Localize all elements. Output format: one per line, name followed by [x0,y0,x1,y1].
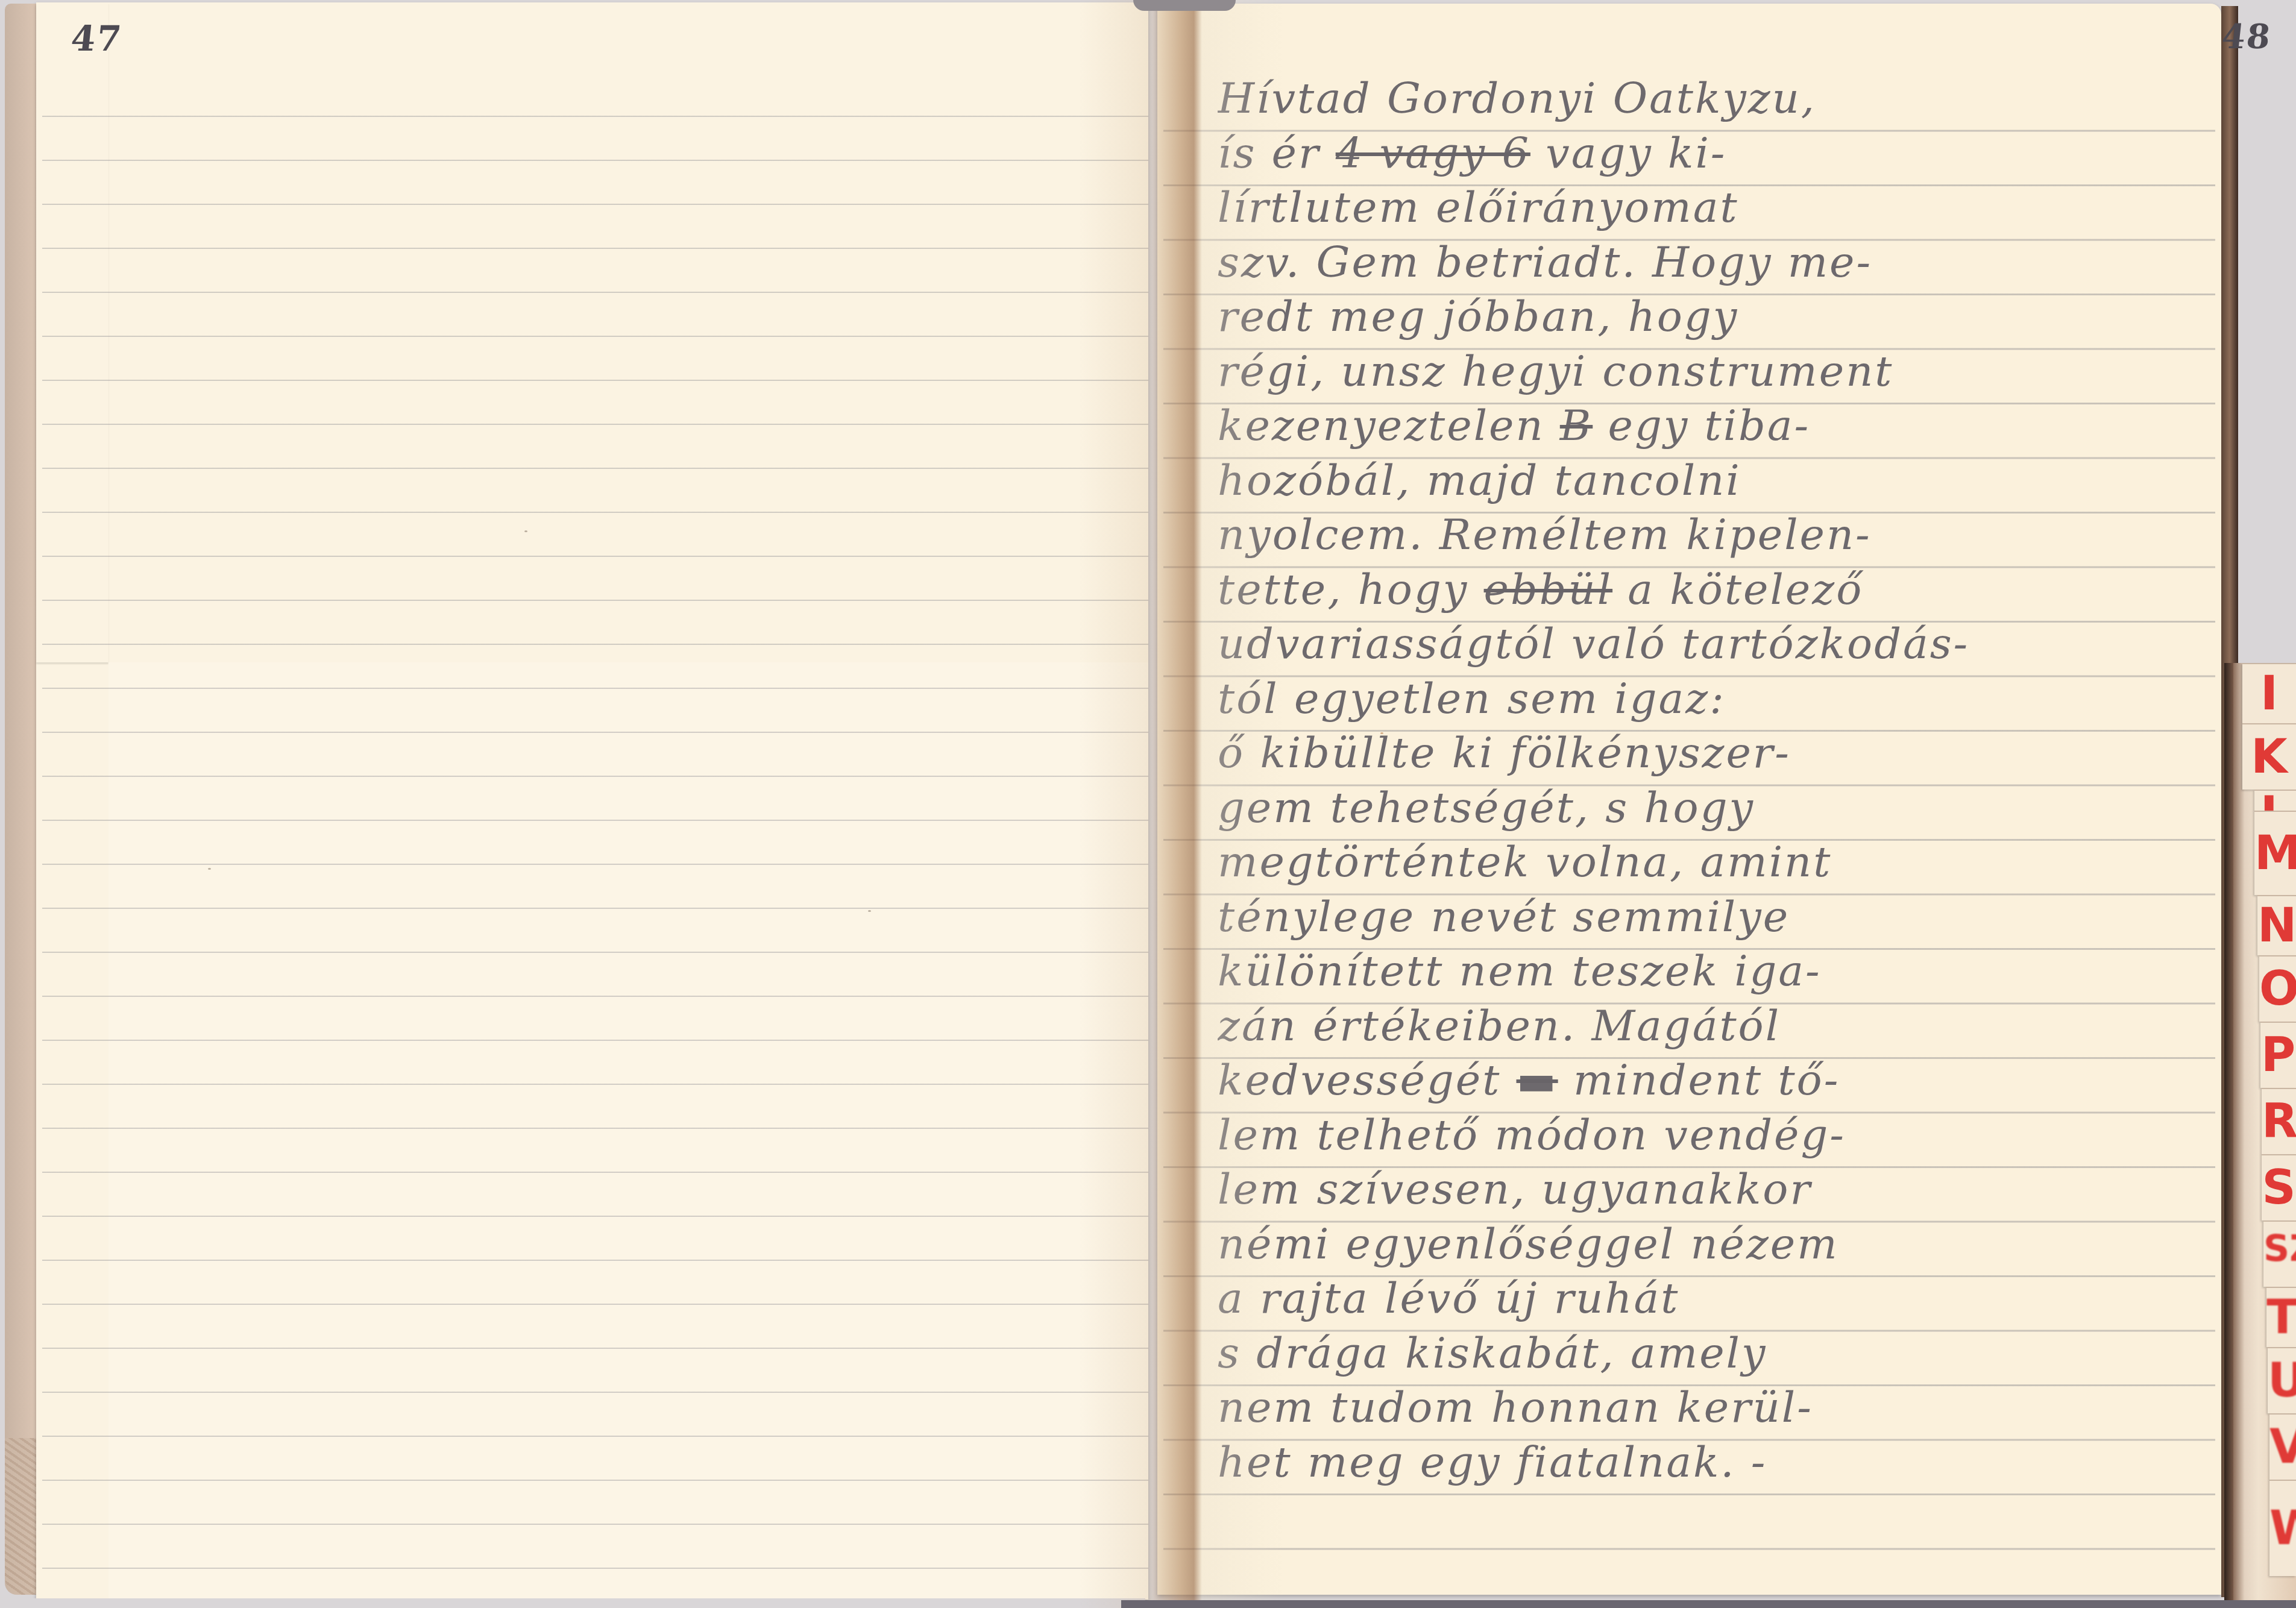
handwritten-line: megtörténtek volna, amint [1218,835,2206,890]
handwritten-line: a rajta lévő új ruhát [1218,1271,2206,1326]
handwritten-line: gem tehetségét, s hogy [1218,780,2206,835]
index-tab-sz[interactable]: SZ [2263,1220,2296,1287]
index-tab-k[interactable]: K [2242,723,2296,790]
handwritten-line: redt meg jóbban, hogy [1218,289,2206,344]
line-text: mindent tő- [1558,1055,1840,1105]
index-tab-v[interactable]: V [2269,1413,2296,1480]
handwritten-line: nyolcem. Reméltem kipelen- [1218,507,2206,562]
index-tab-o[interactable]: O [2259,955,2296,1022]
index-tab-w[interactable]: W [2269,1480,2296,1576]
handwritten-line: nem tudom honnan kerül- [1218,1380,2206,1435]
handwritten-line: zán értékeiben. Magától [1218,999,2206,1054]
index-tab-letter: SZ [2263,1231,2296,1267]
struck-through-text: ▬ [1517,1055,1558,1105]
handwritten-line: kezenyeztelen B egy tiba- [1218,398,2206,453]
line-text: kedvességét [1218,1055,1517,1105]
cover-bottom-edge [1121,1600,2296,1608]
handwritten-line: kedvességét ▬ mindent tő- [1218,1053,2206,1108]
tab-stack-shadow [2224,663,2234,1608]
index-tab-letter: P [2260,1032,2296,1079]
handwritten-line: lem telhető módon vendég- [1218,1108,2206,1163]
handwritten-line: tól egyetlen sem igaz: [1218,671,2206,726]
index-tab-letter: N [2257,902,2296,949]
index-tab-letter: K [2242,733,2296,780]
index-tab-m[interactable]: M [2254,811,2296,895]
index-tab-letter: L [2254,791,2296,811]
index-tab-t[interactable]: T [2266,1287,2296,1347]
index-tab-n[interactable]: N [2257,895,2296,955]
index-tab-letter: U [2268,1357,2296,1404]
index-tab-letter: W [2269,1505,2296,1552]
left-page-ruled-lines [42,87,1148,1582]
handwritten-line: régi, unsz hegyi construment [1218,344,2206,399]
handwritten-line: Hívtad Gordonyi Oatkyzu, [1218,71,2206,126]
index-tab-i[interactable]: I [2242,663,2296,723]
index-tab-s[interactable]: S [2262,1154,2296,1220]
index-tab-letter: V [2269,1424,2296,1471]
handwritten-line: lem szívesen, ugyanakkor [1218,1162,2206,1217]
index-tab-letter: I [2242,670,2296,717]
struck-through-text: 4 vagy 6 [1336,128,1530,178]
notebook-spread: 47 48 Hívtad Gordonyi Oatkyzu,ís ér 4 va… [0,0,2296,1608]
handwritten-line: tette, hogy ebbül a kötelező [1218,562,2206,617]
line-text: tette, hogy [1218,565,1484,614]
struck-through-text: B [1560,401,1593,450]
page-number-left: 47 [69,18,124,59]
handwritten-line: het meg egy fiatalnak. - [1218,1435,2206,1490]
index-tab-p[interactable]: P [2260,1022,2296,1088]
handwritten-line: némi egyenlőséggel nézem [1218,1217,2206,1272]
index-tab-u[interactable]: U [2268,1347,2296,1413]
handwritten-line: lírtlutem előirányomat [1218,180,2206,235]
index-tab-letter: R [2262,1098,2296,1145]
line-text: a kötelező [1612,565,1863,614]
index-tab-letter: S [2262,1164,2296,1211]
paper-speck [208,868,211,870]
handwritten-text: Hívtad Gordonyi Oatkyzu,ís ér 4 vagy 6 v… [1218,71,2206,1489]
line-text: kezenyeztelen [1218,401,1560,450]
handwritten-line: ténylege nevét semmilye [1218,890,2206,944]
scan-background-bottom [0,1598,1145,1608]
struck-through-text: ebbül [1484,565,1613,614]
paper-speck [868,910,871,912]
index-tab-letter: M [2254,830,2296,877]
page-number-right: 48 [2220,17,2274,57]
handwritten-line: udvariasságtól való tartózkodás- [1218,617,2206,671]
handwritten-line: s drága kiskabát, amely [1218,1326,2206,1381]
handwritten-line: ís ér 4 vagy 6 vagy ki- [1218,126,2206,181]
handwritten-line: hozóbál, majd tancolni [1218,453,2206,508]
line-text: egy tiba- [1593,401,1810,450]
index-tab-letter: O [2259,966,2296,1013]
index-tab-r[interactable]: R [2262,1088,2296,1154]
paper-speck [524,530,527,532]
spine-top [1133,0,1236,11]
handwritten-line: különített nem teszek iga- [1218,944,2206,999]
index-tab-l[interactable]: L [2254,790,2296,811]
index-tab-letter: T [2266,1294,2296,1341]
handwritten-line: ő kibüllte ki fölkényszer- [1218,726,2206,780]
handwritten-line: szv. Gem betriadt. Hogy me- [1218,235,2206,290]
line-text: ís ér [1218,128,1336,178]
line-text: vagy ki- [1530,128,1727,178]
